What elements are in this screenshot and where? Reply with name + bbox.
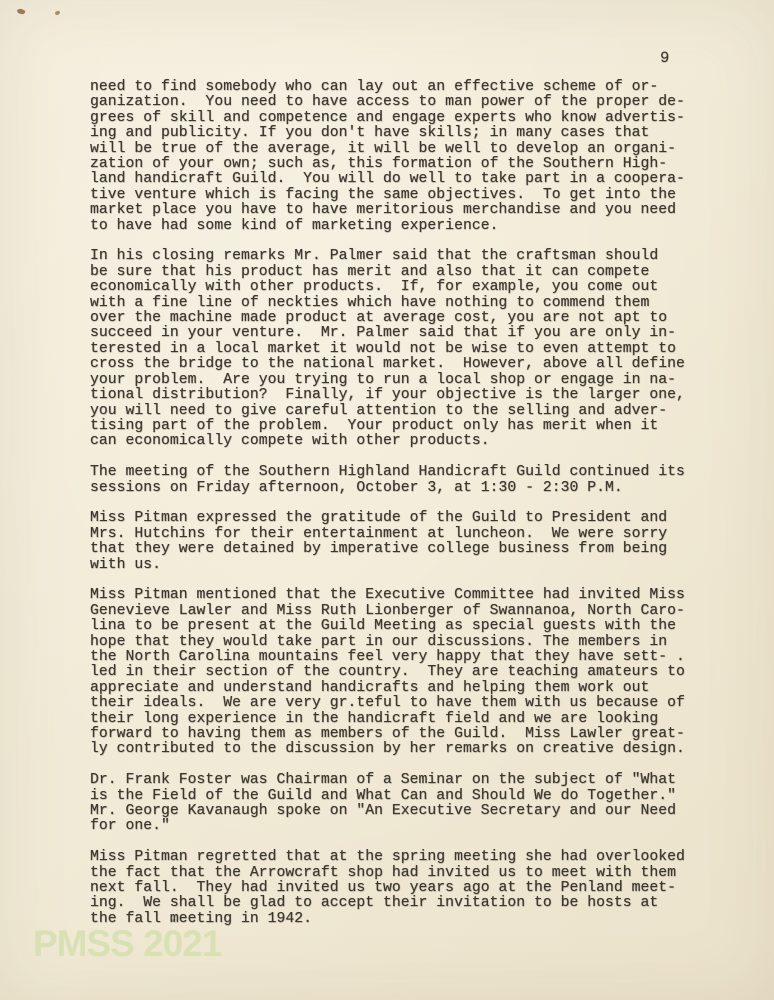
paper-speck bbox=[55, 10, 61, 15]
page-number: 9 bbox=[660, 49, 669, 67]
paragraph-guild-meeting-sessions: The meeting of the Southern Highland Han… bbox=[90, 465, 710, 496]
paragraph-pitman-gratitude: Miss Pitman expressed the gratitude of t… bbox=[90, 511, 710, 573]
document-page: 9 need to find somebody who can lay out … bbox=[0, 0, 774, 1000]
pmss-watermark: PMSS 2021 bbox=[33, 923, 221, 965]
paper-speck bbox=[16, 8, 25, 16]
paragraph-arrowcraft-invitation: Miss Pitman regretted that at the spring… bbox=[90, 850, 710, 927]
paragraph-organization-scheme: need to find somebody who can lay out an… bbox=[90, 80, 710, 234]
paragraph-executive-committee-guests: Miss Pitman mentioned that the Executive… bbox=[90, 588, 710, 757]
paragraph-foster-seminar: Dr. Frank Foster was Chairman of a Semin… bbox=[90, 773, 710, 835]
typewritten-text-block: need to find somebody who can lay out an… bbox=[90, 80, 710, 943]
paragraph-palmer-closing-remarks: In his closing remarks Mr. Palmer said t… bbox=[90, 249, 710, 449]
